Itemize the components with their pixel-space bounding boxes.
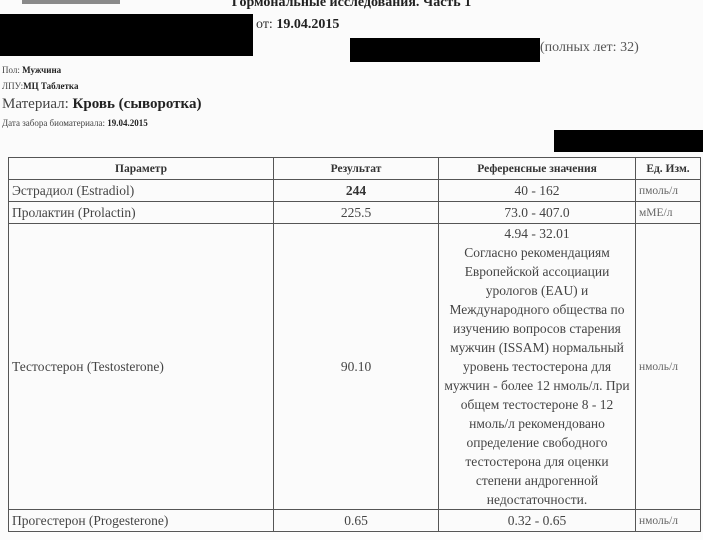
sex-value: Мужчина	[22, 65, 61, 75]
header-result: Результат	[274, 158, 439, 180]
header-parameter: Параметр	[9, 158, 274, 180]
parameter-cell: Эстрадиол (Estradiol)	[9, 180, 274, 202]
result-cell: 90.10	[274, 224, 439, 510]
reference-cell: 73.0 - 407.0	[439, 202, 636, 224]
unit-cell: нмоль/л	[636, 510, 701, 532]
unit-cell: пмоль/л	[636, 180, 701, 202]
date-value: 19.04.2015	[276, 17, 339, 32]
results-table: Параметр Результат Референсные значения …	[8, 157, 701, 532]
table-row: Тестостерон (Testosterone) 90.10 4.94 - …	[9, 224, 701, 510]
material-label: Материал:	[2, 96, 69, 112]
sex-label: Пол:	[2, 65, 20, 75]
material: Материал: Кровь (сыворотка)	[2, 96, 201, 113]
unit-cell: мМЕ/л	[636, 202, 701, 224]
header-reference: Референсные значения	[439, 158, 636, 180]
reference-cell: 40 - 162	[439, 180, 636, 202]
header-unit: Ед. Изм.	[636, 158, 701, 180]
sample-date: Дата забора биоматериала: 19.04.2015	[2, 118, 148, 128]
sample-date-label: Дата забора биоматериала:	[2, 118, 105, 128]
clinic-label: ЛПУ:	[2, 81, 23, 91]
reference-note: Согласно рекомендациям Европейской ассоц…	[442, 243, 632, 509]
sample-date-value: 19.04.2015	[107, 118, 148, 128]
result-cell: 0.65	[274, 510, 439, 532]
material-value: Кровь (сыворотка)	[73, 96, 202, 112]
table-row: Прогестерон (Progesterone) 0.65 0.32 - 0…	[9, 510, 701, 532]
clinic-value: МЦ Таблетка	[23, 81, 78, 91]
unit-cell: нмоль/л	[636, 224, 701, 510]
table-row: Пролактин (Prolactin) 225.5 73.0 - 407.0…	[9, 202, 701, 224]
reference-cell: 4.94 - 32.01 Согласно рекомендациям Евро…	[439, 224, 636, 510]
report-date: от: 19.04.2015	[256, 17, 339, 33]
parameter-cell: Прогестерон (Progesterone)	[9, 510, 274, 532]
table-header-row: Параметр Результат Референсные значения …	[9, 158, 701, 180]
patient-age: (полных лет: 32)	[540, 40, 639, 56]
reference-cell: 0.32 - 0.65	[439, 510, 636, 532]
redacted-block	[554, 130, 703, 152]
result-cell: 225.5	[274, 202, 439, 224]
parameter-cell: Тестостерон (Testosterone)	[9, 224, 274, 510]
redacted-name	[350, 38, 540, 62]
document-title: Гормональные исследования. Часть 1	[0, 0, 703, 11]
table-row: Эстрадиол (Estradiol) 244 40 - 162 пмоль…	[9, 180, 701, 202]
patient-sex: Пол: Мужчина	[2, 65, 61, 75]
clinic: ЛПУ:МЦ Таблетка	[2, 81, 78, 91]
reference-range: 4.94 - 32.01	[442, 224, 632, 243]
result-cell: 244	[274, 180, 439, 202]
date-label: от:	[256, 17, 273, 32]
parameter-cell: Пролактин (Prolactin)	[9, 202, 274, 224]
redacted-block	[0, 14, 253, 56]
